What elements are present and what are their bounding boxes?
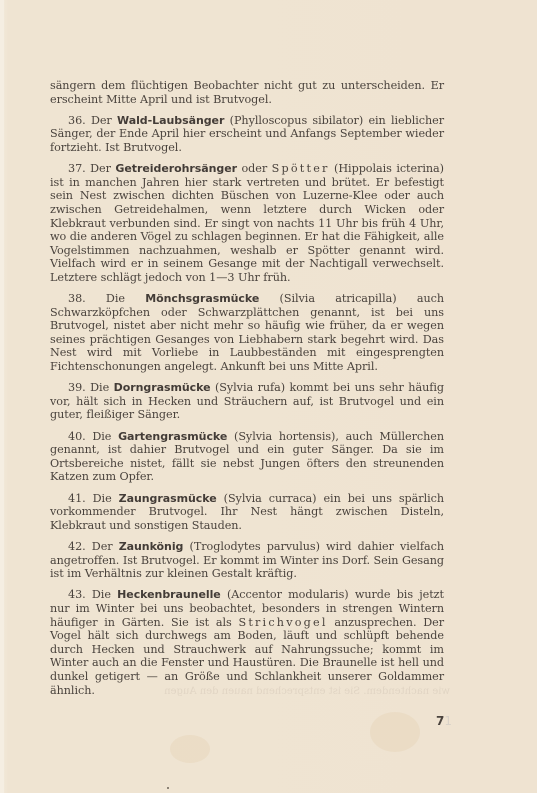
entry-article: Die	[92, 430, 111, 443]
bird-name: Heckenbraunelle	[117, 588, 221, 601]
paper-stain	[170, 735, 210, 763]
entry-41: 41. Die Zaungrasmücke (Sylvia curraca) e…	[50, 492, 444, 533]
entry-number: 38.	[68, 292, 86, 305]
alt-bird-name: Spötter	[272, 162, 330, 175]
bird-name: Zaungrasmücke	[119, 492, 217, 505]
latin-name: (Sylvia hortensis),	[234, 430, 339, 443]
page-number-faint-digit: 1	[444, 714, 452, 728]
body-text: sängern dem flüchtigen Beobachter nicht …	[50, 79, 444, 705]
emphasized-term: Strichvogel	[238, 616, 327, 629]
entry-number: 43.	[68, 588, 86, 601]
entry-number: 41.	[68, 492, 86, 505]
page-number: 71	[436, 714, 452, 728]
bird-name: Mönchsgrasmücke	[145, 292, 259, 305]
latin-name: (Sylvia curraca)	[224, 492, 317, 505]
latin-name: (Hippolais icterina)	[334, 162, 444, 175]
entry-36: 36. Der Wald-Laubsänger (Phylloscopus si…	[50, 114, 444, 155]
entry-37: 37. Der Getreiderohrsänger oder Spötter …	[50, 162, 444, 284]
latin-name: (Troglodytes parvulus)	[190, 540, 320, 553]
entry-number: 39.	[68, 381, 86, 394]
entry-article: Der	[92, 540, 113, 553]
alt-intro: oder	[242, 162, 268, 175]
entry-40: 40. Die Gartengrasmücke (Sylvia hortensi…	[50, 430, 444, 484]
entry-43: 43. Die Heckenbraunelle (Accentor modula…	[50, 588, 444, 697]
latin-name: (Phylloscopus sibilator)	[230, 114, 364, 127]
entry-article: Der	[90, 162, 111, 175]
latin-name: (Sylvia rufa)	[215, 381, 285, 394]
entry-number: 42.	[68, 540, 86, 553]
paper-speck	[167, 787, 169, 789]
bird-name: Getreiderohrsänger	[115, 162, 237, 175]
latin-name: (Accentor modularis)	[227, 588, 349, 601]
paragraph-continuation: sängern dem flüchtigen Beobachter nicht …	[50, 79, 444, 106]
bird-name: Gartengrasmücke	[118, 430, 227, 443]
bird-name: Wald-Laubsänger	[117, 114, 224, 127]
entry-38: 38. Die Mönchsgrasmücke (Silvia atricapi…	[50, 292, 444, 374]
paragraph-text: sängern dem flüchtigen Beobachter nicht …	[50, 79, 444, 106]
entry-39: 39. Die Dorngrasmücke (Sylvia rufa) komm…	[50, 381, 444, 422]
book-page: wie nachtendem. Sie ist entsprechend nau…	[0, 0, 537, 793]
paper-stain	[370, 712, 420, 752]
entry-article: Die	[92, 588, 111, 601]
entry-text: ist in manchen Jahren hier stark vertret…	[50, 176, 444, 284]
entry-42: 42. Der Zaunkönig (Troglodytes parvulus)…	[50, 540, 444, 581]
entry-article: Der	[91, 114, 112, 127]
bird-name: Zaunkönig	[119, 540, 184, 553]
entry-article: Die	[93, 492, 112, 505]
entry-article: Die	[106, 292, 125, 305]
entry-article: Die	[90, 381, 109, 394]
entry-number: 36.	[68, 114, 86, 127]
bird-name: Dorngrasmücke	[114, 381, 211, 394]
entry-number: 40.	[68, 430, 86, 443]
entry-number: 37.	[68, 162, 86, 175]
latin-name: (Silvia atricapilla)	[280, 292, 397, 305]
page-edge	[0, 0, 4, 793]
